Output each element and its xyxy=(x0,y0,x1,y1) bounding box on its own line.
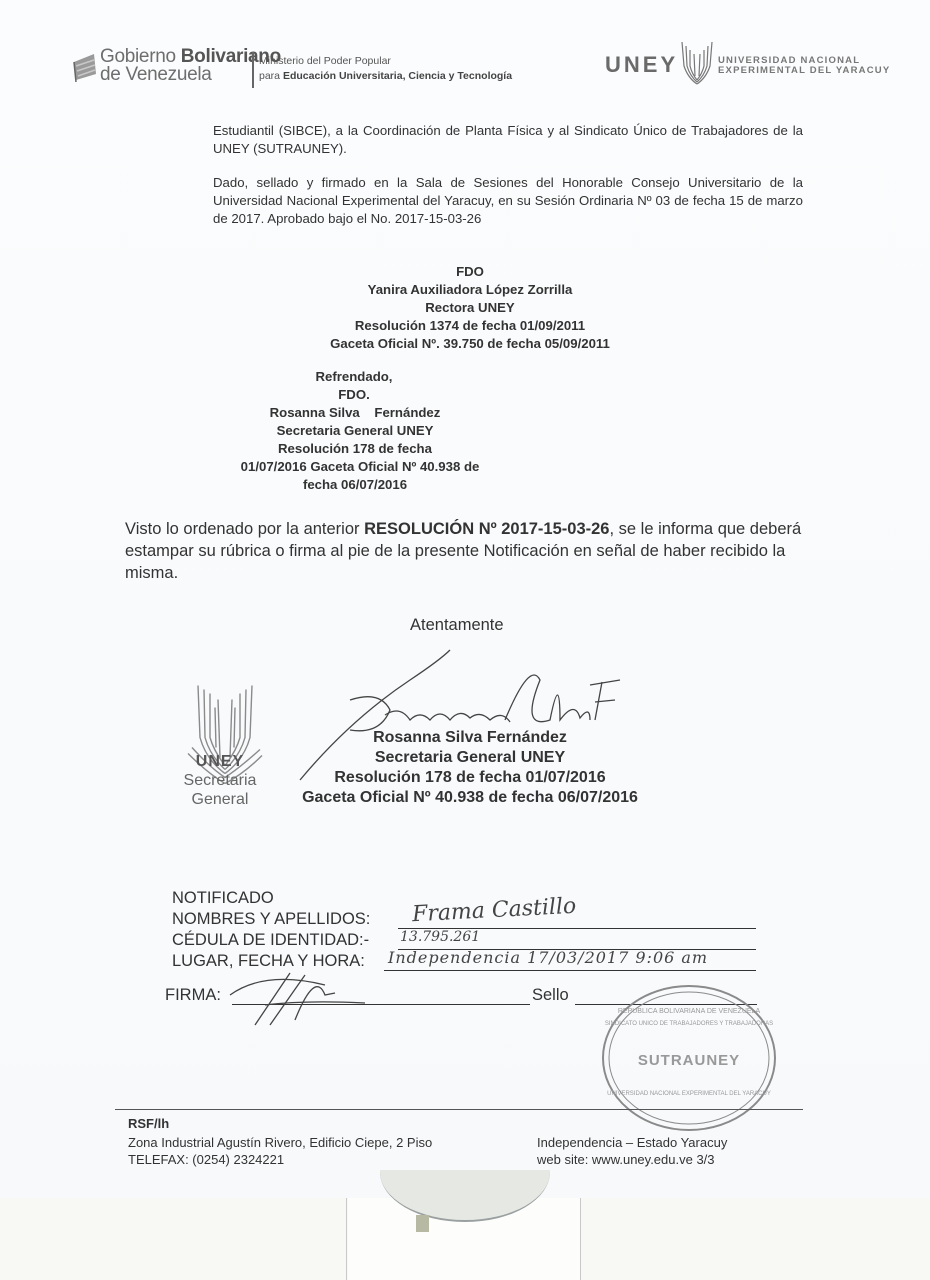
signatory-resolution: Resolución 178 de fecha 01/07/2016 xyxy=(260,768,680,788)
signature-label: FIRMA: xyxy=(165,986,221,1004)
signatory-title: Secretaria General UNEY xyxy=(260,748,680,768)
venezuela-flag-logo-icon xyxy=(72,52,98,82)
secretary-gazette-date: fecha 06/07/2016 xyxy=(205,476,505,494)
handwritten-place-value: Independencia 17/03/2017 9:06 am xyxy=(388,948,708,967)
header-divider xyxy=(252,52,254,88)
initials: RSF/lh xyxy=(128,1116,169,1131)
university-full-name: UNIVERSIDAD NACIONAL EXPERIMENTAL DEL YA… xyxy=(718,56,890,76)
notification-paragraph: Visto lo ordenado por la anterior RESOLU… xyxy=(125,518,805,584)
secretary-gazette: 01/07/2016 Gaceta Oficial Nº 40.938 de xyxy=(215,458,505,476)
scanner-divider-right xyxy=(580,1198,581,1280)
footer-location-block: Independencia – Estado Yaracuy web site:… xyxy=(537,1134,727,1168)
document-page: Gobierno Bolivariano de Venezuela Minist… xyxy=(0,0,930,1198)
footer-divider xyxy=(115,1109,803,1110)
scanner-divider-left xyxy=(346,1198,347,1280)
signatory-name: Rosanna Silva Fernández xyxy=(260,728,680,748)
rector-title: Rectora UNEY xyxy=(260,299,680,317)
name-field-label: NOMBRES Y APELLIDOS: xyxy=(172,909,370,930)
footer-website[interactable]: web site: www.uney.edu.ve 3/3 xyxy=(537,1151,727,1168)
rector-signature-block: FDO Yanira Auxiliadora López Zorrilla Re… xyxy=(260,263,680,353)
paragraph-recipients: Estudiantil (SIBCE), a la Coordinación d… xyxy=(213,122,803,158)
svg-text:SUTRAUNEY: SUTRAUNEY xyxy=(638,1052,740,1069)
footer-address-block: Zona Industrial Agustín Rivero, Edificio… xyxy=(128,1134,432,1168)
id-field-label: CÉDULA DE IDENTIDAD:- xyxy=(172,930,370,951)
svg-text:SINDICATO UNICO DE TRABAJADORE: SINDICATO UNICO DE TRABAJADORES Y TRABAJ… xyxy=(605,1021,773,1027)
refrendado-block: Refrendado, FDO. Rosanna Silva Fernández… xyxy=(215,368,505,494)
ministry-name: Ministerio del Poder Popular para Educac… xyxy=(259,54,512,84)
svg-text:UNIVERSIDAD NACIONAL EXPERIMEN: UNIVERSIDAD NACIONAL EXPERIMENTAL DEL YA… xyxy=(607,1091,771,1097)
refrendado-label: Refrendado, xyxy=(203,368,505,386)
secretary-title: Secretaria General UNEY xyxy=(205,422,505,440)
place-field-line xyxy=(384,970,756,971)
seal-label: Sello xyxy=(532,986,569,1005)
rector-gazette: Gaceta Oficial Nº. 39.750 de fecha 05/09… xyxy=(260,335,680,353)
notificado-heading: NOTIFICADO xyxy=(172,888,370,909)
signatory-gazette: Gaceta Oficial Nº 40.938 de fecha 06/07/… xyxy=(260,788,680,808)
rector-resolution: Resolución 1374 de fecha 01/09/2011 xyxy=(260,317,680,335)
footer-address: Zona Industrial Agustín Rivero, Edificio… xyxy=(128,1134,432,1151)
resolution-number: RESOLUCIÓN Nº 2017-15-03-26 xyxy=(364,520,609,538)
svg-text:REPUBLICA BOLIVARIANA DE VENEZ: REPUBLICA BOLIVARIANA DE VENEZUELA xyxy=(618,1008,761,1015)
secretary-resolution: Resolución 178 de fecha xyxy=(205,440,505,458)
sutrauney-seal-icon: SUTRAUNEY REPUBLICA BOLIVARIANA DE VENEZ… xyxy=(598,983,780,1133)
uney-emblem-icon xyxy=(680,38,714,86)
notification-form: NOTIFICADO NOMBRES Y APELLIDOS: CÉDULA D… xyxy=(172,888,370,972)
uney-acronym: UNEY xyxy=(605,52,678,78)
fdo-label: FDO. xyxy=(203,386,505,404)
secretary-stamp-text: UNEY Secretaria General xyxy=(170,752,270,809)
handwritten-firma-icon xyxy=(225,965,375,1040)
fdo-label: FDO xyxy=(260,263,680,281)
footer-location: Independencia – Estado Yaracuy xyxy=(537,1134,727,1151)
handwritten-id-value: 13.795.261 xyxy=(400,929,480,945)
signature-row: FIRMA: xyxy=(165,986,221,1005)
footer-phone: TELEFAX: (0254) 2324221 xyxy=(128,1151,432,1168)
rector-name: Yanira Auxiliadora López Zorrilla xyxy=(260,281,680,299)
closing-text: Atentamente xyxy=(410,616,504,635)
handwritten-name-value: Frama Castillo xyxy=(411,894,576,928)
signatory-block: Rosanna Silva Fernández Secretaria Gener… xyxy=(260,728,680,808)
film-icon xyxy=(416,1215,429,1232)
secretary-name: Rosanna Silva Fernández xyxy=(205,404,505,422)
paragraph-approval: Dado, sellado y firmado en la Sala de Se… xyxy=(213,174,803,228)
